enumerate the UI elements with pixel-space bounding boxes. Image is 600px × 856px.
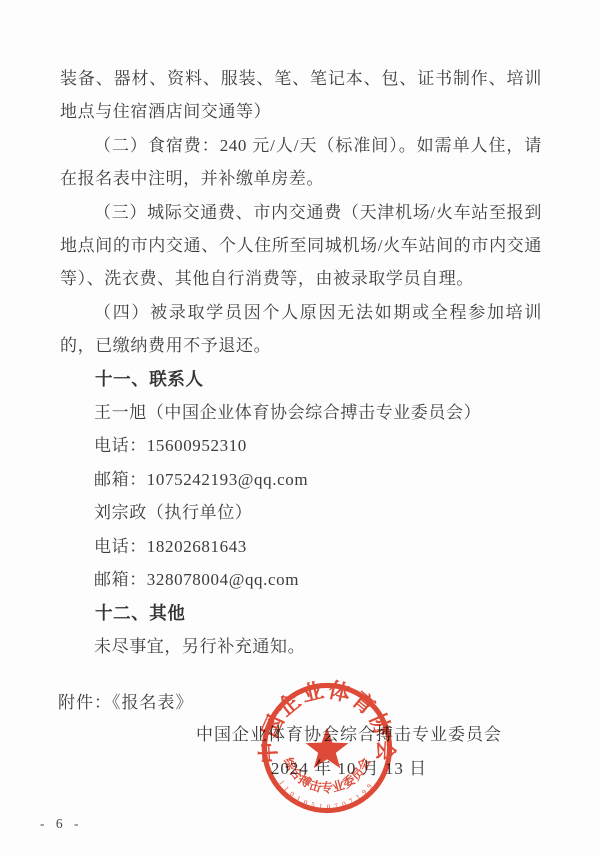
- document-body: 装备、器材、资料、服装、笔、笔记本、包、证书制作、培训地点与住宿酒店间交通等）（…: [60, 62, 542, 663]
- signature-organization: 中国企业体育协会综合搏击专业委员会: [156, 718, 542, 752]
- paragraph: 装备、器材、资料、服装、笔、笔记本、包、证书制作、培训地点与住宿酒店间交通等）: [60, 62, 542, 129]
- section-heading: 十二、其他: [60, 597, 542, 630]
- paragraph: （三）城际交通费、市内交通费（天津机场/火车站至报到地点间的市内交通、个人住所至…: [60, 196, 542, 296]
- signature-date: 2024 年 10 月 13 日: [156, 752, 542, 786]
- section-heading: 十一、联系人: [60, 363, 542, 396]
- attachment-line: 附件：《报名表》: [58, 686, 194, 719]
- paragraph: 王一旭（中国企业体育协会综合搏击专业委员会）: [60, 396, 542, 429]
- paragraph: （二）食宿费：240 元/人/天（标准间）。如需单人住，请在报名表中注明，并补缴…: [60, 129, 542, 196]
- paragraph: 未尽事宜，另行补充通知。: [60, 630, 542, 663]
- document-footer: 附件：《报名表》 中国企业体育协会综合搏击专业委员会 2024 年 10 月 1…: [60, 712, 542, 786]
- document-page: 装备、器材、资料、服装、笔、笔记本、包、证书制作、培训地点与住宿酒店间交通等）（…: [0, 0, 600, 856]
- signature-block: 中国企业体育协会综合搏击专业委员会 2024 年 10 月 13 日: [60, 718, 542, 786]
- paragraph: 电话：18202681643: [60, 530, 542, 563]
- paragraph: 刘宗政（执行单位）: [60, 496, 542, 529]
- paragraph: 电话：15600952310: [60, 429, 542, 462]
- paragraph: 邮箱：1075242193@qq.com: [60, 463, 542, 496]
- paragraph: （四）被录取学员因个人原因无法如期或全程参加培训的，已缴纳费用不予退还。: [60, 296, 542, 363]
- page-number: - 6 -: [40, 816, 83, 832]
- paragraph: 邮箱：328078004@qq.com: [60, 563, 542, 596]
